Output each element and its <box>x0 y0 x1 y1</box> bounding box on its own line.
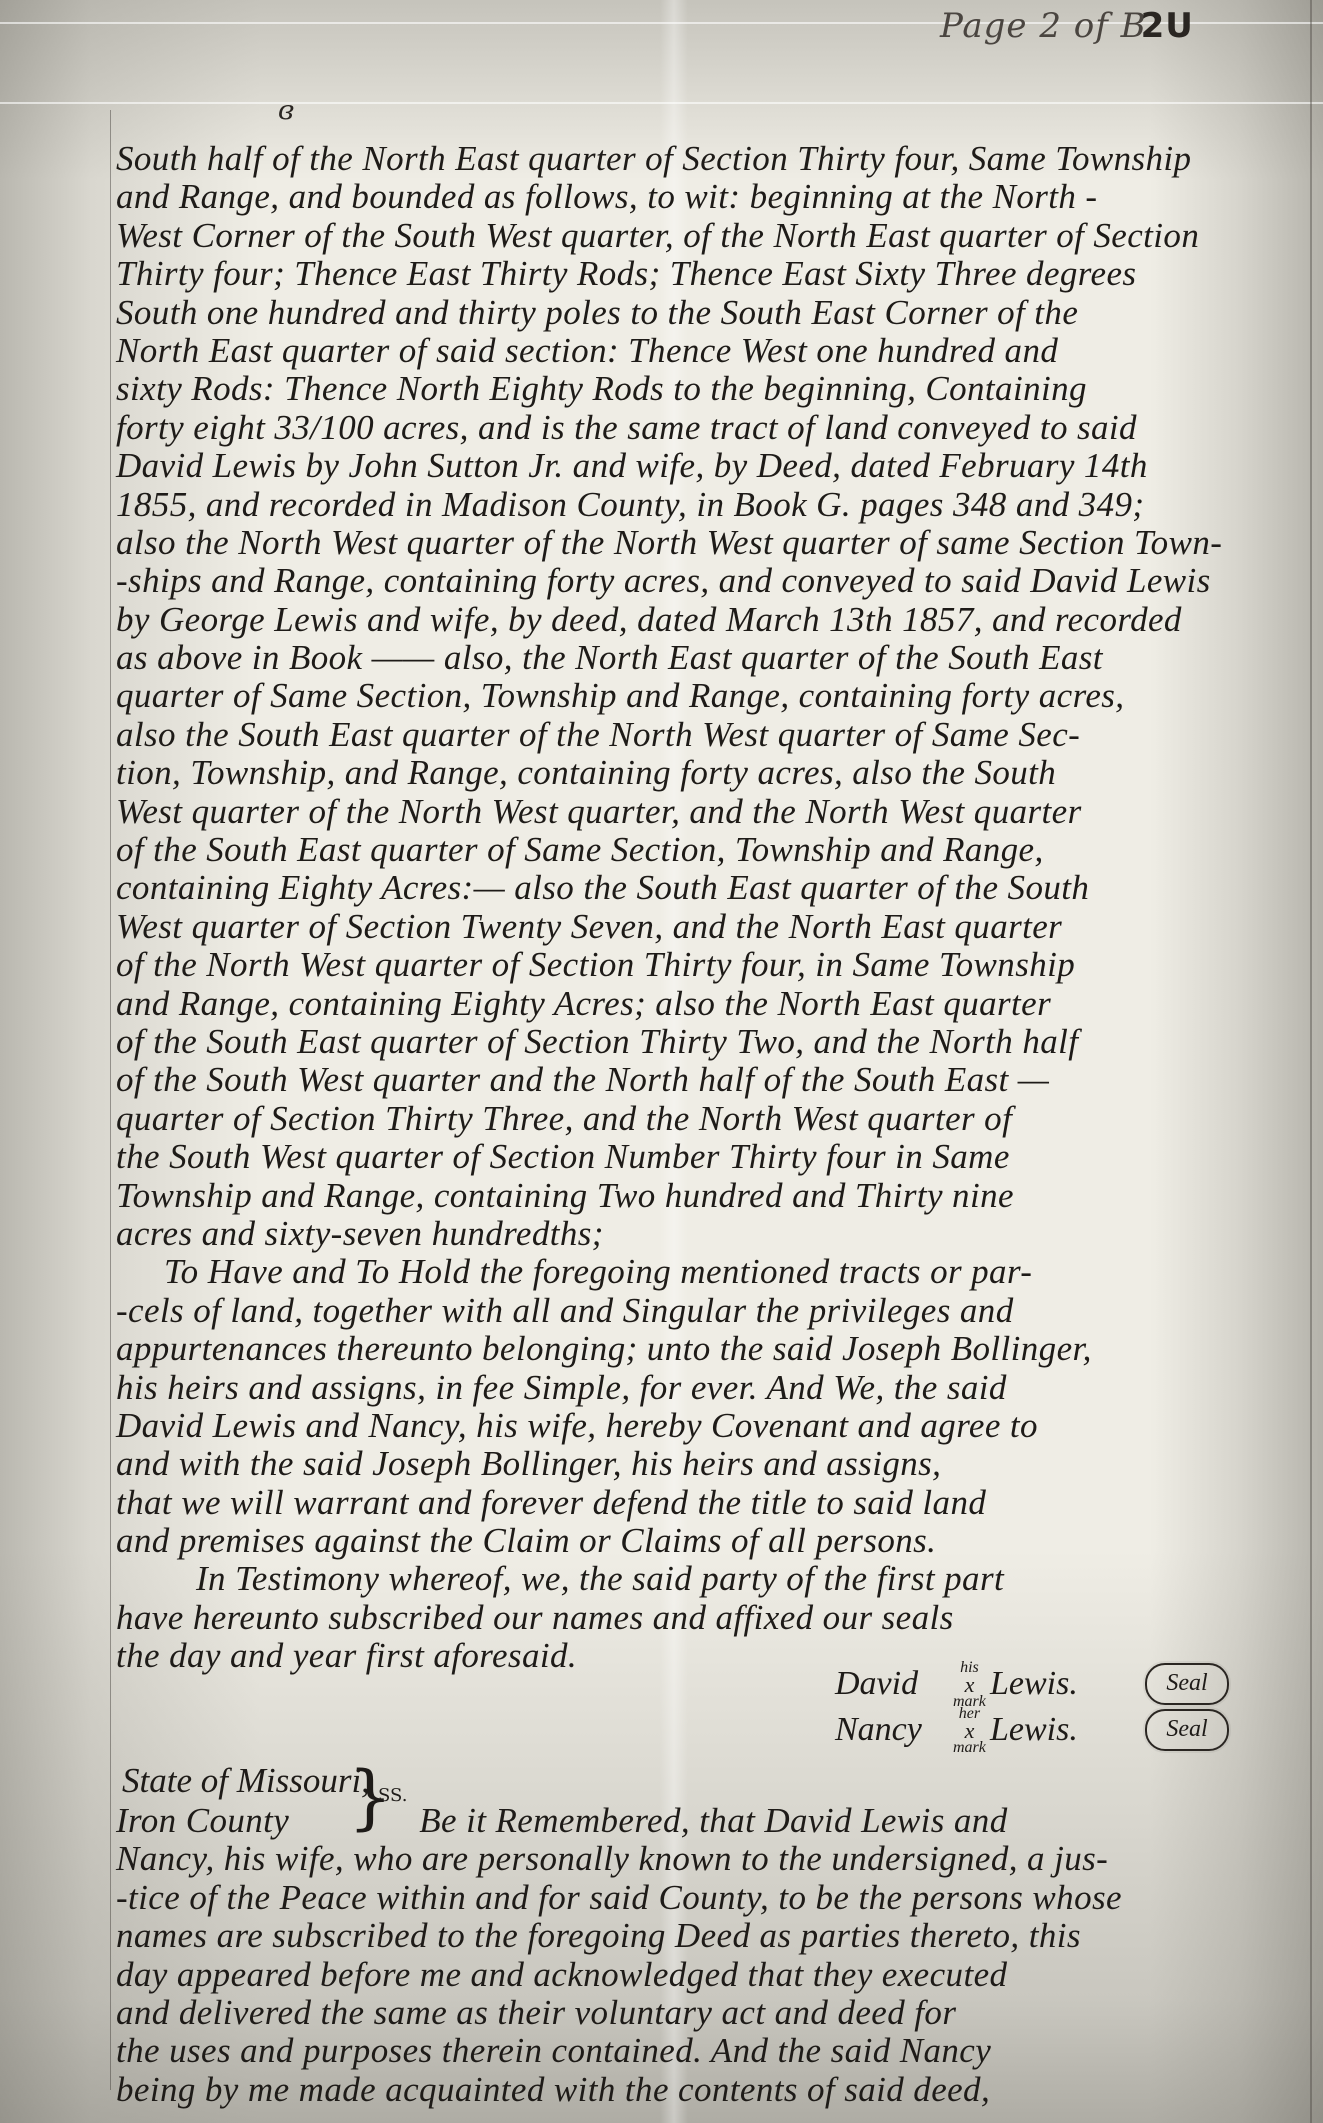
ack-line: Nancy, his wife, who are personally know… <box>116 1838 1296 1876</box>
deed-line: quarter of Same Section, Township and Ra… <box>116 677 1296 715</box>
deed-line: -ships and Range, containing forty acres… <box>116 562 1296 600</box>
deed-line: appurtenances thereunto belonging; unto … <box>116 1330 1296 1368</box>
deed-line: of the South East quarter of Section Thi… <box>116 1023 1296 1061</box>
deed-line: also the South East quarter of the North… <box>116 716 1296 754</box>
deed-line: quarter of Section Thirty Three, and the… <box>116 1100 1296 1138</box>
seal-icon: Seal <box>1145 1709 1229 1751</box>
page-annotation-text: Page 2 of B <box>940 6 1147 46</box>
deed-line: and Range, and bounded as follows, to wi… <box>116 178 1296 216</box>
deed-line: David Lewis by John Sutton Jr. and wife,… <box>116 447 1296 485</box>
signer-first-name: Nancy <box>835 1711 922 1749</box>
deed-line: containing Eighty Acres:— also the South… <box>116 869 1296 907</box>
deed-body: South half of the North East quarter of … <box>116 140 1296 1676</box>
deed-line: South one hundred and thirty poles to th… <box>116 294 1296 332</box>
deed-line: West quarter of the North West quarter, … <box>116 793 1296 831</box>
right-edge-rule <box>1310 0 1312 2123</box>
signer-mark: her x mark <box>953 1707 986 1755</box>
seal-icon: Seal <box>1145 1663 1229 1705</box>
page-annotation-number: 2U <box>1141 6 1194 46</box>
deed-line: North East quarter of said section: Then… <box>116 332 1296 370</box>
testimonium-line: In Testimony whereof, we, the said party… <box>116 1560 1296 1598</box>
ack-line: -tice of the Peace within and for said C… <box>116 1877 1296 1915</box>
document-page: Page 2 of B2U ɞ South half of the North … <box>0 0 1323 2123</box>
ack-line: Iron CountyBe it Remembered, that David … <box>116 1800 1296 1838</box>
signature-nancy-lewis: Nancy her x mark Lewis. Seal <box>835 1711 1295 1757</box>
venue-county: Iron County <box>116 1801 289 1840</box>
x-mark-icon: x <box>953 1675 986 1695</box>
margin-rule <box>110 110 111 2090</box>
deed-line: -cels of land, together with all and Sin… <box>116 1292 1296 1330</box>
corner-mark-icon: ɞ <box>278 96 294 126</box>
signer-last-name: Lewis. <box>990 1665 1078 1703</box>
deed-line: 1855, and recorded in Madison County, in… <box>116 486 1296 524</box>
signer-mark: his x mark <box>953 1661 986 1709</box>
ack-line: names are subscribed to the foregoing De… <box>116 1915 1296 1953</box>
deed-line: and Range, containing Eighty Acres; also… <box>116 985 1296 1023</box>
x-mark-icon: x <box>953 1721 986 1741</box>
signer-first-name: David <box>835 1665 918 1703</box>
deed-line: by George Lewis and wife, by deed, dated… <box>116 601 1296 639</box>
deed-line: of the South West quarter and the North … <box>116 1061 1296 1099</box>
signature-david-lewis: David his x mark Lewis. Seal <box>835 1665 1295 1711</box>
deed-line: as above in Book —— also, the North East… <box>116 639 1296 677</box>
deed-line: West quarter of Section Twenty Seven, an… <box>116 908 1296 946</box>
deed-line: South half of the North East quarter of … <box>116 140 1296 178</box>
deed-line: and with the said Joseph Bollinger, his … <box>116 1445 1296 1483</box>
deed-line: also the North West quarter of the North… <box>116 524 1296 562</box>
deed-line: sixty Rods: Thence North Eighty Rods to … <box>116 370 1296 408</box>
deed-line: David Lewis and Nancy, his wife, hereby … <box>116 1407 1296 1445</box>
venue-caption: State of Missouri, <box>122 1762 370 1800</box>
acknowledgment-body: Iron CountyBe it Remembered, that David … <box>116 1800 1296 2107</box>
deed-line: and premises against the Claim or Claims… <box>116 1522 1296 1560</box>
deed-line: Thirty four; Thence East Thirty Rods; Th… <box>116 255 1296 293</box>
deed-line: acres and sixty-seven hundredths; <box>116 1215 1296 1253</box>
ack-line: day appeared before me and acknowledged … <box>116 1954 1296 1992</box>
ack-line: being by me made acquainted with the con… <box>116 2069 1296 2107</box>
ack-line: the uses and purposes therein contained.… <box>116 2030 1296 2068</box>
deed-line: that we will warrant and forever defend … <box>116 1484 1296 1522</box>
deed-line: of the North West quarter of Section Thi… <box>116 946 1296 984</box>
mark-label-below: mark <box>953 1739 986 1756</box>
ack-line-text: Be it Remembered, that David Lewis and <box>419 1801 1007 1840</box>
ack-line: and delivered the same as their voluntar… <box>116 1992 1296 2030</box>
venue-state: State of Missouri, <box>122 1762 370 1800</box>
deed-line: Township and Range, containing Two hundr… <box>116 1177 1296 1215</box>
page-annotation: Page 2 of B2U <box>940 6 1194 46</box>
deed-line: his heirs and assigns, in fee Simple, fo… <box>116 1369 1296 1407</box>
deed-line: of the South East quarter of Same Sectio… <box>116 831 1296 869</box>
signature-block: David his x mark Lewis. Seal Nancy her x… <box>835 1665 1295 1757</box>
signer-last-name: Lewis. <box>990 1711 1078 1749</box>
deed-line: forty eight 33/100 acres, and is the sam… <box>116 409 1296 447</box>
deed-line: the South West quarter of Section Number… <box>116 1138 1296 1176</box>
deed-line: West Corner of the South West quarter, o… <box>116 217 1296 255</box>
deed-line: tion, Township, and Range, containing fo… <box>116 754 1296 792</box>
habendum-line: To Have and To Hold the foregoing mentio… <box>116 1253 1296 1291</box>
deed-line: have hereunto subscribed our names and a… <box>116 1599 1296 1637</box>
